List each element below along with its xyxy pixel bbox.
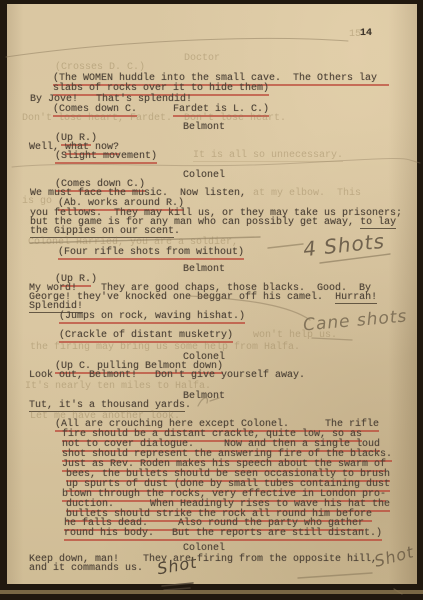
stage-direction: slabs of rocks over it to hide them) [53,83,269,94]
character-heading: Belmont [183,122,225,133]
dialogue: the Gippies on our scent. [30,226,180,237]
dialogue: and it commands us. [29,563,143,574]
dialogue: Look out, Belmont! Don't give yourself a… [29,370,305,381]
stage-direction: (Four rifle shots from without) [58,247,244,258]
ghost-line: (Crosses D. C.) [55,62,145,73]
handwritten-note-cane-shots: Cane shots [302,306,408,335]
text-layer: 1514Doctor(Crosses D. C.)(The WOMEN hudd… [0,0,423,600]
scanned-script-page: 1514Doctor(Crosses D. C.)(The WOMEN hudd… [0,0,423,600]
dialogue: Tut, it's a thousand yards. [29,400,191,411]
ghost-line: at my elbow. This [253,188,361,199]
ghost-line: is go [22,196,52,207]
ghost-line: Don't lose heart, Fardet. Don't lose hea… [22,113,286,124]
page-number: 14 [360,28,372,39]
ghost-line: It is all so unnecessary. [193,150,343,161]
stage-direction: (Slight movement) [55,151,157,162]
stage-direction: round his body. But the reports are stil… [64,528,382,539]
character-heading: Colonel [183,170,225,181]
character-heading: Belmont [183,264,225,275]
handwritten-note-shot-right: Shot [372,542,416,571]
ghost-line: the firing may bring us some help from H… [30,342,300,353]
stage-direction: (Jumps on rock, waving hishat.) [59,311,245,322]
scan-edge-strip [0,590,423,594]
character-heading: Colonel [183,543,225,554]
handwritten-note-four-shots: 4 Shots [302,229,386,261]
stage-direction: (Crackle of distant musketry) [59,330,233,341]
ghost-heading: Doctor [184,53,220,64]
